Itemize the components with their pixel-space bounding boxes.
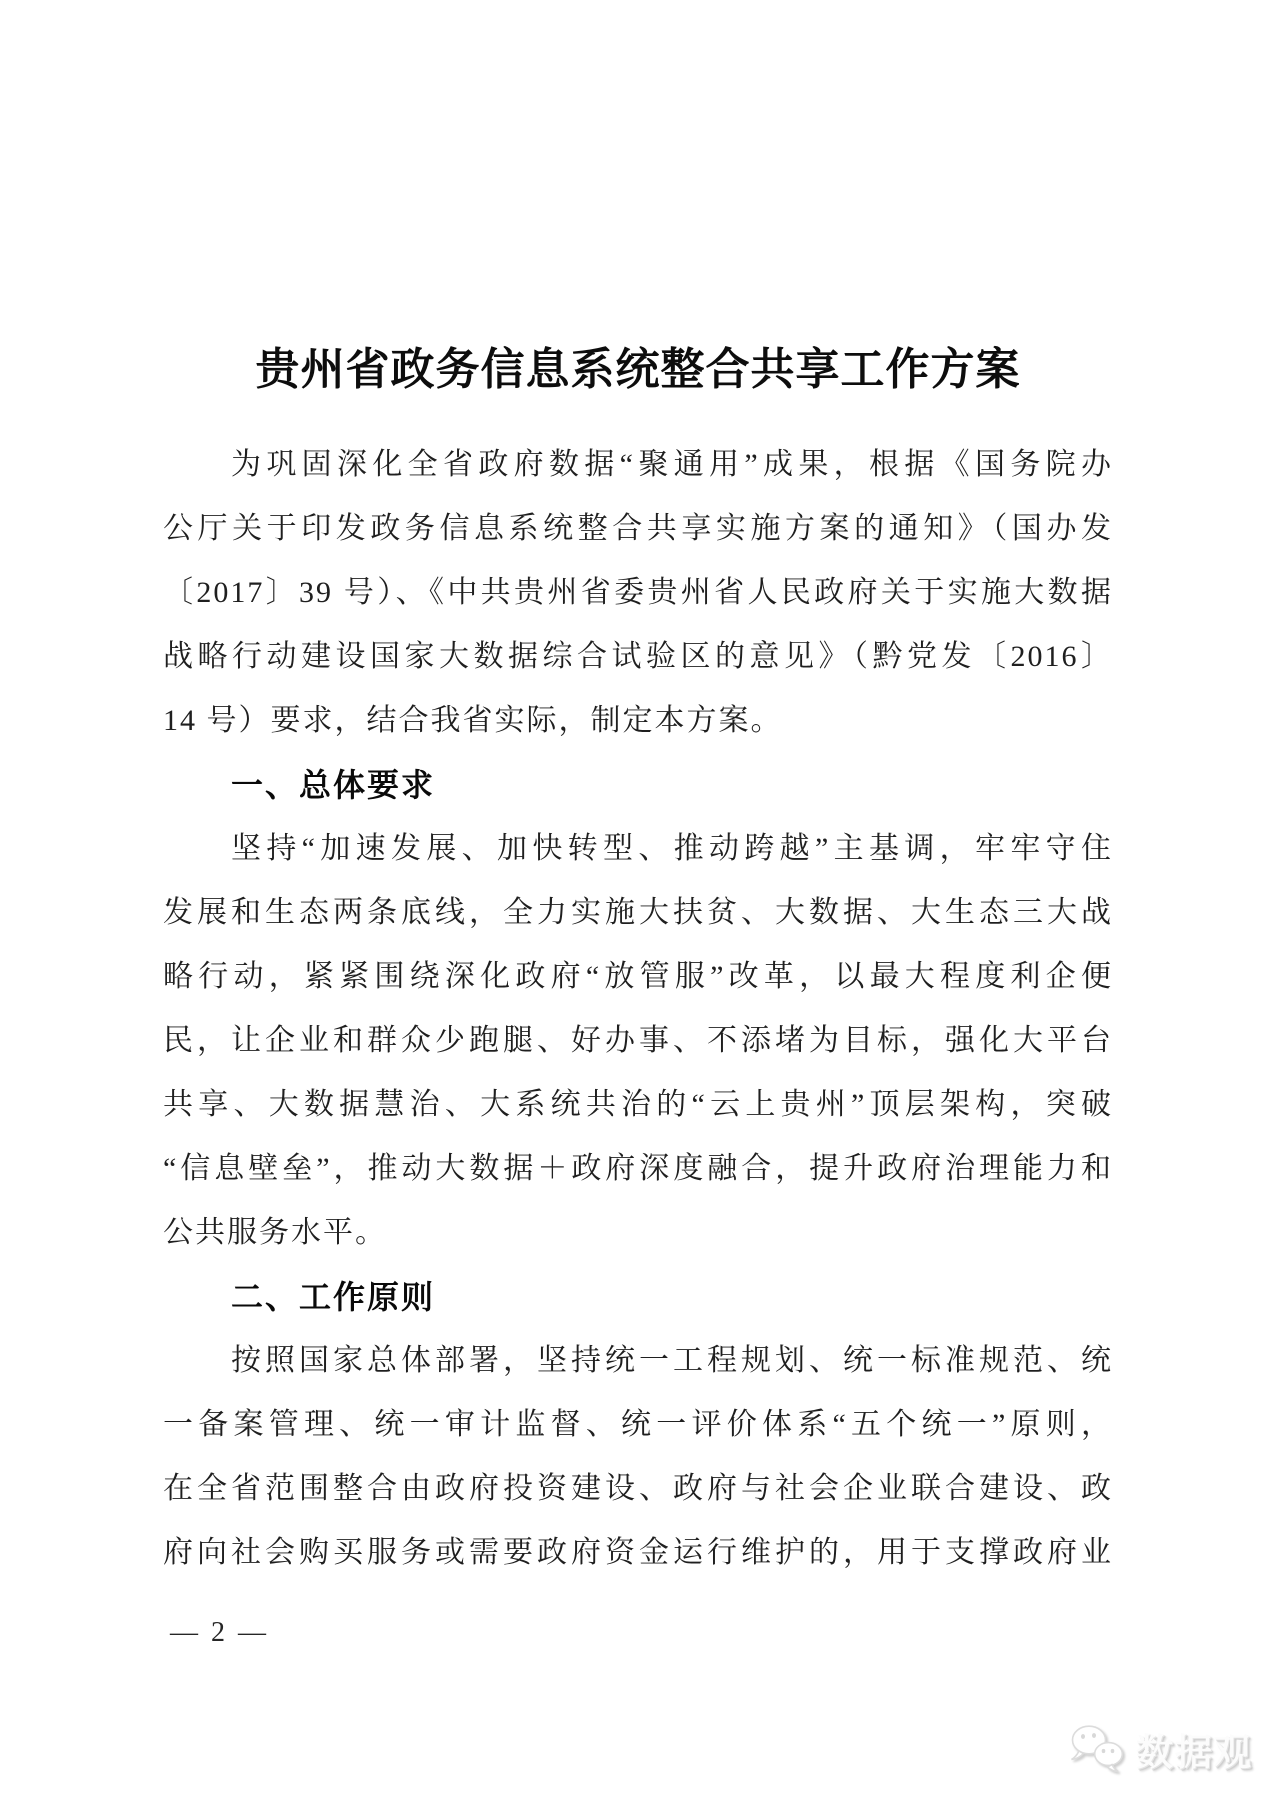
body-line: 14 号）要求，结合我省实际，制定本方案。 <box>163 689 1113 753</box>
body-line: 按照国家总体部署，坚持统一工程规划、统一标准规范、统 <box>163 1329 1113 1393</box>
section-heading: 一、总体要求 <box>163 753 1113 817</box>
section-heading: 二、工作原则 <box>163 1265 1113 1329</box>
document-title: 贵州省政务信息系统整合共享工作方案 <box>163 342 1113 398</box>
wechat-chat-bubbles-icon <box>1068 1723 1130 1775</box>
body-line: 公厅关于印发政务信息系统整合共享实施方案的通知》（国办发 <box>163 497 1113 561</box>
page-number: — 2 — <box>170 1601 269 1665</box>
brand-watermark: 数据观 <box>1068 1722 1253 1776</box>
brand-watermark-label: 数据观 <box>1136 1722 1253 1776</box>
body-line: 民，让企业和群众少跑腿、好办事、不添堵为目标，强化大平台 <box>163 1009 1113 1073</box>
body-line: 公共服务水平。 <box>163 1201 1113 1265</box>
body-line: 坚持“加速发展、加快转型、推动跨越”主基调，牢牢守住 <box>163 817 1113 881</box>
document-page: 贵州省政务信息系统整合共享工作方案 为巩固深化全省政府数据“聚通用”成果，根据《… <box>0 0 1280 1809</box>
body-line: 略行动，紧紧围绕深化政府“放管服”改革，以最大程度利企便 <box>163 945 1113 1009</box>
body-line: 一备案管理、统一审计监督、统一评价体系“五个统一”原则， <box>163 1393 1113 1457</box>
body-line: 〔2017〕39 号）、《中共贵州省委贵州省人民政府关于实施大数据 <box>163 561 1113 625</box>
body-line: 发展和生态两条底线，全力实施大扶贫、大数据、大生态三大战 <box>163 881 1113 945</box>
body-line: 战略行动建设国家大数据综合试验区的意见》（黔党发〔2016〕 <box>163 625 1113 689</box>
body-line: 府向社会购买服务或需要政府资金运行维护的，用于支撑政府业 <box>163 1521 1113 1585</box>
body-line: 共享、大数据慧治、大系统共治的“云上贵州”顶层架构，突破 <box>163 1073 1113 1137</box>
body-line: 为巩固深化全省政府数据“聚通用”成果，根据《国务院办 <box>163 433 1113 497</box>
body-line: 在全省范围整合由政府投资建设、政府与社会企业联合建设、政 <box>163 1457 1113 1521</box>
body-line: “信息壁垒”，推动大数据＋政府深度融合，提升政府治理能力和 <box>163 1137 1113 1201</box>
body-flow: 为巩固深化全省政府数据“聚通用”成果，根据《国务院办公厅关于印发政务信息系统整合… <box>163 433 1113 1585</box>
